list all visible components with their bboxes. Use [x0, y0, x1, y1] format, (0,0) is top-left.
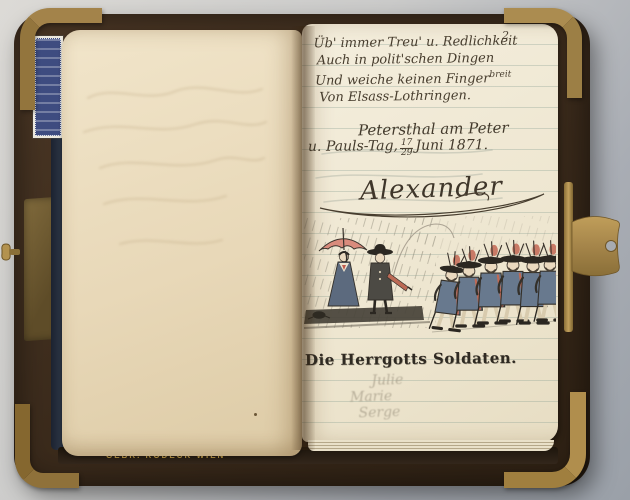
brass-corner-bottom-left — [15, 404, 79, 488]
date-fraction: 1729 — [400, 139, 414, 158]
brass-corner-bottom-right — [504, 392, 586, 488]
brass-clasp — [562, 182, 628, 332]
brass-knob — [0, 240, 22, 266]
illustration-caption: Die Herrgotts Soldaten. — [305, 349, 517, 369]
brass-corner-top-right — [504, 8, 582, 98]
verse-text: Üb' immer Treu' u. Redlichkeit Auch in p… — [314, 34, 519, 107]
ink-speck — [254, 413, 257, 416]
clasp-hole — [606, 241, 617, 252]
brass-corner-top-left — [20, 8, 102, 110]
soldier-column — [429, 240, 556, 332]
bleed-through-writing — [74, 76, 284, 306]
gutter-shadow — [291, 26, 315, 450]
dateline-date: u. Pauls-Tag,1729Juni 1871. — [308, 137, 488, 159]
watercolor-illustration — [304, 216, 556, 348]
pencil-signatures: Julie Marie Serge — [337, 372, 405, 422]
